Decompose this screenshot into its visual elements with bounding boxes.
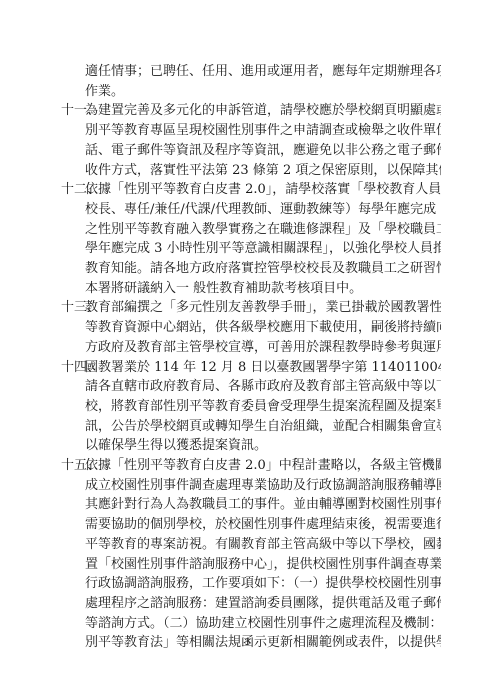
text-line: 等教育資源中心網站，供各級學校應用下載使用，嗣後將持續向各地	[85, 318, 441, 338]
text-line: 國教署業於 114 年 12 月 8 日以臺教國署學字第 1140110041 …	[85, 358, 441, 378]
document-body: 適任情事；已聘任、任用、進用或運用者，應每年定期辦理各項查詢作業。十一、為建置完…	[61, 62, 441, 653]
text-line: 教育知能。請各地方政府落實控管學校校長及教職員工之研習情形，	[85, 259, 441, 279]
text-line: 依據「性別平等教育白皮書 2.0」，請學校落實「學校教育人員（含	[85, 180, 441, 200]
text-line: 適任情事；已聘任、任用、進用或運用者，應每年定期辦理各項查詢	[85, 62, 441, 82]
text-line: 其應針對行為人為教職員工的事件。並由輔導團對校園性別事件處理	[85, 495, 441, 515]
page-number: 3	[0, 637, 495, 648]
text-line: 作業。	[85, 82, 441, 102]
text-line: 平等教育的專案訪視。有關教育部主管高級中等以下學校，國教署建	[85, 535, 441, 555]
text-line: 請各直轄市政府教育局、各縣市政府及教育部主管高級中等以下學	[85, 377, 441, 397]
document-page: 適任情事；已聘任、任用、進用或運用者，應每年定期辦理各項查詢作業。十一、為建置完…	[0, 0, 495, 700]
paragraph: 十一、為建置完善及多元化的申訴管道，請學校應於學校網頁明顯處或性別平等教育專區呈…	[61, 101, 441, 180]
paragraph: 十三、教育部編撰之「多元性別友善教學手冊」，業已掛載於國教署性別平等教育資源中心…	[61, 298, 441, 357]
paragraph: 十二、依據「性別平等教育白皮書 2.0」，請學校落實「學校教育人員（含校長、專任…	[61, 180, 441, 298]
text-line: 收件方式，落實性平法第 23 條第 2 項之保密原則，以保障其個人資料。	[85, 161, 441, 181]
paragraph: 適任情事；已聘任、任用、進用或運用者，應每年定期辦理各項查詢作業。	[61, 62, 441, 101]
text-line: 別平等教育專區呈現校園性別事件之申請調查或檢舉之收件單位、電	[85, 121, 441, 141]
text-line: 行政協調諮詢服務，工作要項如下：（一）提供學校校園性別事件調查	[85, 574, 441, 594]
paragraph: 十五、依據「性別平等教育白皮書 2.0」中程計畫略以，各級主管機關應成立校園性別…	[61, 456, 441, 653]
text-line: 等諮詢方式。（二）協助建立校園性別事件之處理流程及機制：配合「性	[85, 614, 441, 634]
text-line: 需要協助的個別學校，於校園性別事件處理結束後，視需要進行性別	[85, 515, 441, 535]
text-line: 置「校園性別事件諮詢服務中心」，提供校園性別事件調查專業協助及	[85, 555, 441, 575]
text-line: 成立校園性別事件調查處理專業協助及行政協調諮詢服務輔導團，尤	[85, 476, 441, 496]
paragraph-number: 十四、	[61, 358, 85, 378]
text-line: 本署將研議納入一 般性教育補助款考核項目中。	[85, 279, 441, 299]
text-line: 方政府及教育部主管學校宣導，可善用於課程教學時參考與運用。	[85, 338, 441, 358]
text-line: 訊，公告於學校網頁或轉知學生自治組織，並配合相關集會宣導說明，	[85, 417, 441, 437]
text-line: 學年應完成 3 小時性別平等意識相關課程」，以強化學校人員推動性平	[85, 239, 441, 259]
text-line: 依據「性別平等教育白皮書 2.0」中程計畫略以，各級主管機關應	[85, 456, 441, 476]
text-line: 為建置完善及多元化的申訴管道，請學校應於學校網頁明顯處或性	[85, 101, 441, 121]
paragraph-number: 十一、	[61, 101, 85, 121]
text-line: 校，將教育部性別平等教育委員會受理學生提案流程圖及提案單資	[85, 397, 441, 417]
paragraph-number: 十三、	[61, 298, 85, 318]
text-line: 教育部編撰之「多元性別友善教學手冊」，業已掛載於國教署性別平	[85, 298, 441, 318]
text-line: 處理程序之諮詢服務：建置諮詢委員團隊，提供電話及電子郵件方式	[85, 594, 441, 614]
text-line: 以確保學生得以獲悉提案資訊。	[85, 436, 441, 456]
paragraph-number: 十五、	[61, 456, 85, 476]
text-line: 話、電子郵件等資訊及程序等資訊，應避免以非公務之電子郵件作為	[85, 141, 441, 161]
paragraph: 十四、國教署業於 114 年 12 月 8 日以臺教國署學字第 11401100…	[61, 358, 441, 457]
text-line: 校長、專任/兼任/代課/代理教師、運動教練等）每學年應完成 3 小時	[85, 200, 441, 220]
paragraph-number: 十二、	[61, 180, 85, 200]
text-line: 之性別平等教育融入教學實務之在職進修課程」及「學校職員工，每	[85, 220, 441, 240]
